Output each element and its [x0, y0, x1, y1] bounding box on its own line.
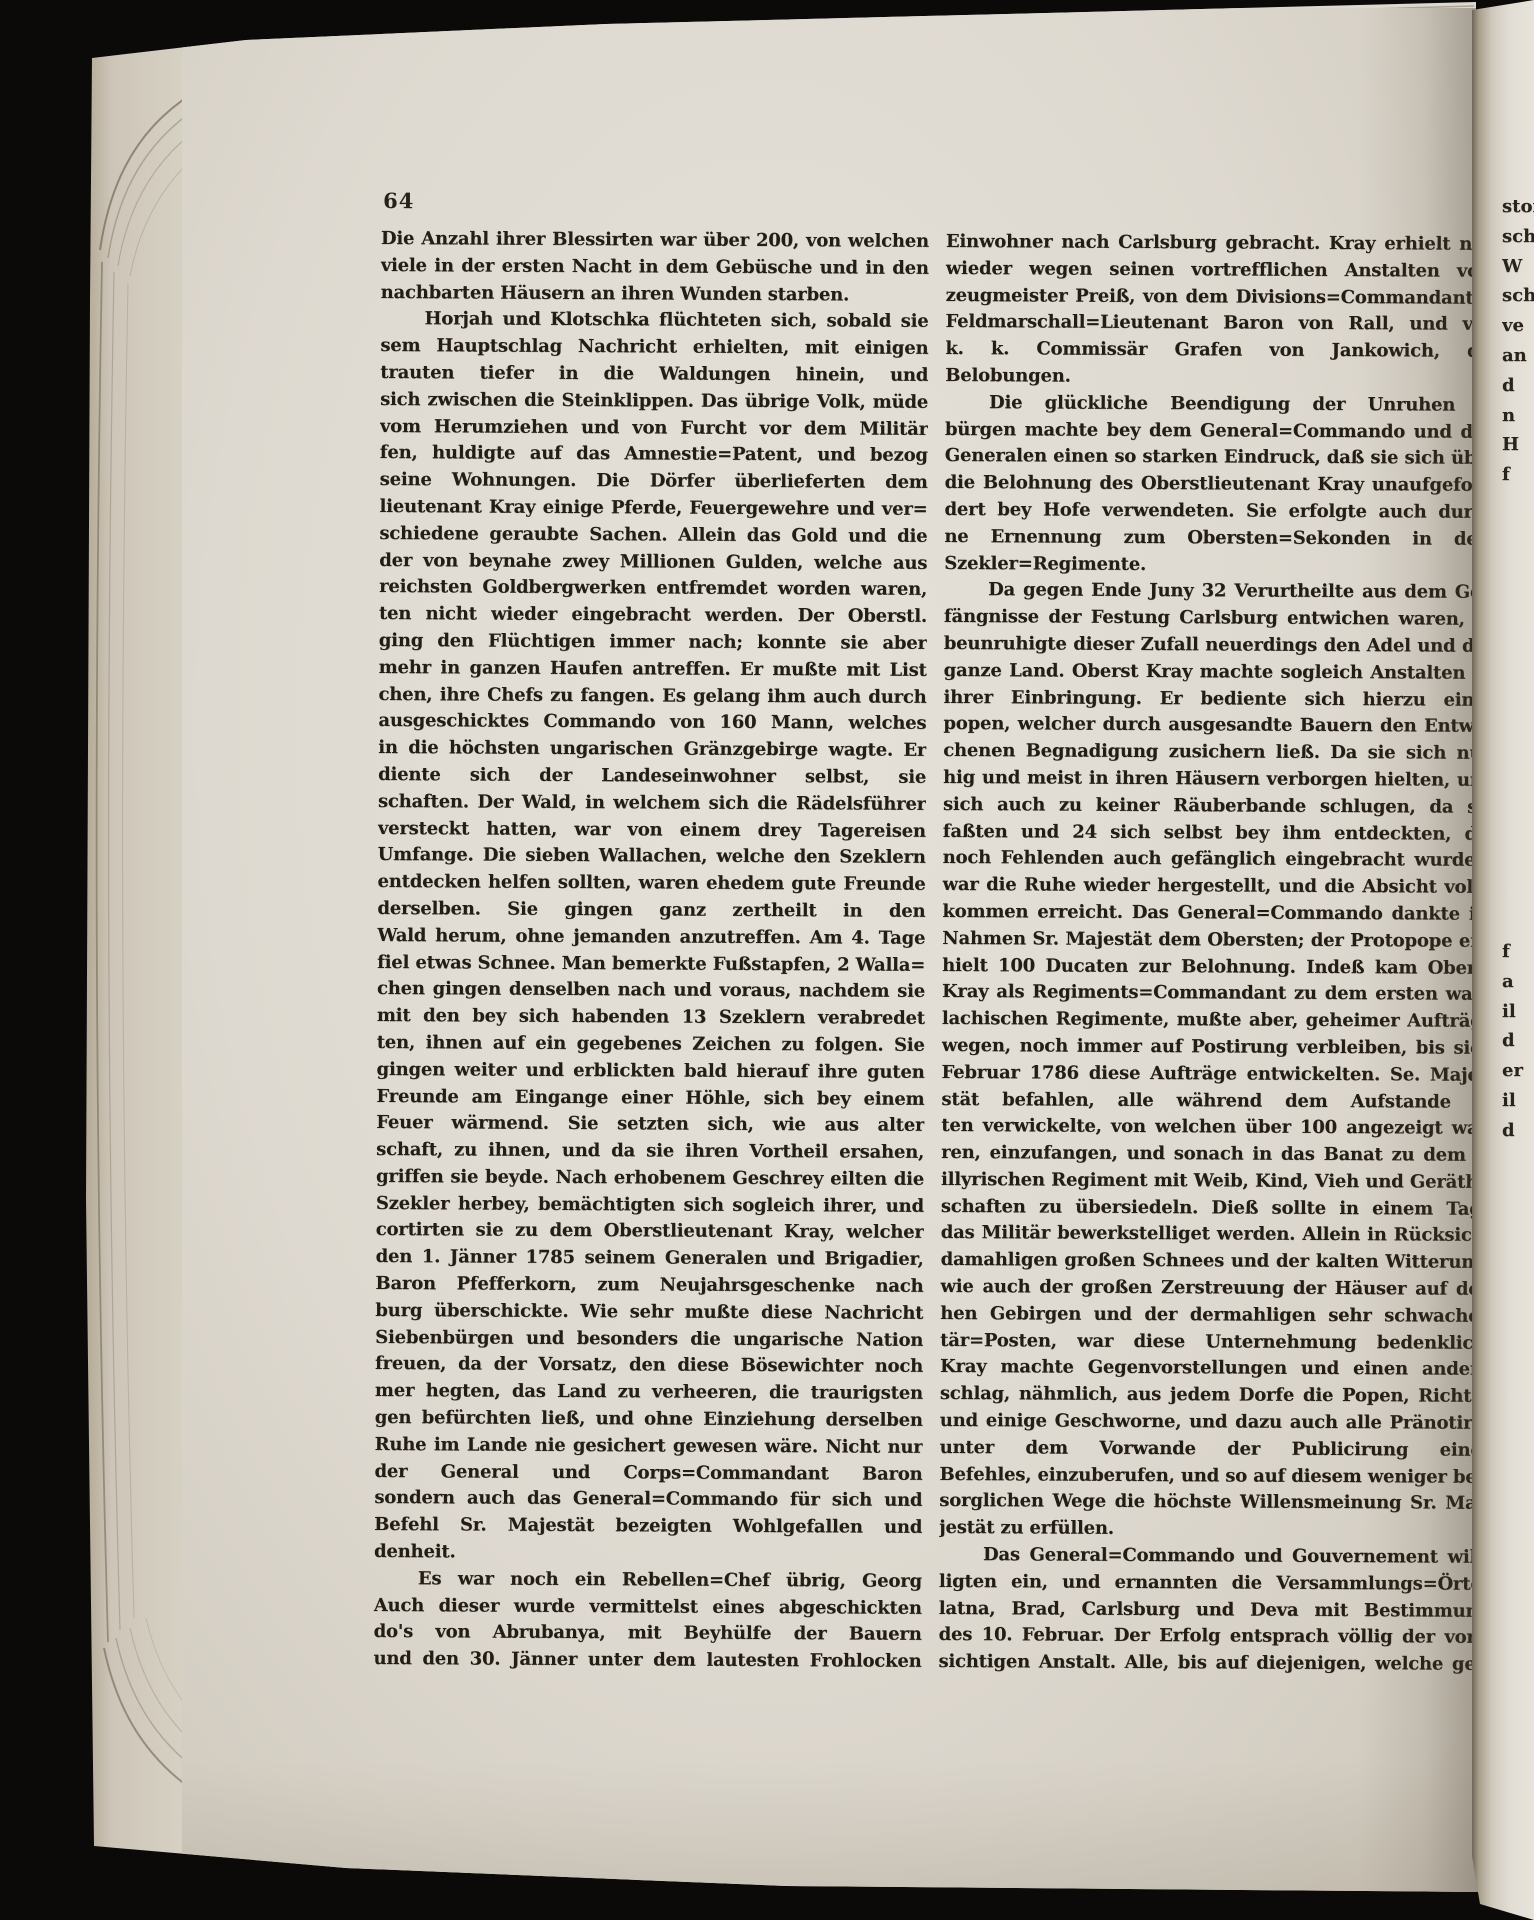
text-line: Szekler herbey, bemächtigten sich soglei…	[376, 1191, 924, 1221]
text-line: latna, Brad, Carlsburg und Deva mit Best…	[939, 1596, 1491, 1626]
text-fragment: d	[1502, 1026, 1534, 1056]
text-line: Szekler=Regimente.	[944, 551, 1496, 581]
text-line: dert bey Hofe verwendeten. Sie erfolgte …	[944, 497, 1496, 527]
text-line: wegen, noch immer auf Postirung verbleib…	[942, 1033, 1494, 1063]
text-fragment: ve	[1502, 311, 1534, 341]
text-line: chen, ihre Chefs zu fangen. Es gelang ih…	[378, 682, 926, 712]
text-line: ren, einzufangen, und sonach in das Bana…	[941, 1140, 1493, 1170]
text-line: popen, welcher durch ausgesandte Bauern …	[943, 711, 1495, 741]
text-line: schaft, zu ihnen, und da sie ihren Vorth…	[376, 1137, 924, 1167]
text-line: Kray als Regiments=Commandant zu dem ers…	[942, 979, 1494, 1009]
text-line: Auch dieser wurde vermittelst eines abge…	[374, 1593, 922, 1623]
text-line: fängnisse der Festung Carlsburg entwiche…	[944, 604, 1496, 634]
text-line: illyrischen Regiment mit Weib, Kind, Vie…	[941, 1167, 1493, 1197]
text-line: wieder wegen seinen vortrefflichen Ansta…	[946, 256, 1498, 286]
text-line: ligten ein, und ernannten die Versammlun…	[939, 1569, 1491, 1599]
text-line: fen, huldigte auf das Amnestie=Patent, u…	[380, 440, 928, 470]
text-line: sich zwischen die Steinklippen. Das übri…	[380, 387, 928, 417]
text-fragment: er	[1502, 1056, 1534, 1086]
text-column-left: Die Anzahl ihrer Blessirten war über 200…	[373, 226, 929, 1676]
text-line: reichsten Goldbergwerken entfremdet word…	[379, 574, 927, 604]
text-fragment: il	[1502, 1086, 1534, 1116]
text-fragment: d	[1502, 1116, 1534, 1146]
book-page: 64 Die Anzahl ihrer Blessirten war über …	[182, 8, 1478, 1900]
text-line: war die Ruhe wieder hergestellt, und die…	[942, 872, 1494, 902]
photo-backdrop: 64 Die Anzahl ihrer Blessirten war über …	[0, 0, 1534, 1920]
text-line: jestät zu erfüllen.	[939, 1515, 1491, 1545]
text-line: ten nicht wieder eingebracht werden. Der…	[379, 601, 927, 631]
text-fragment: stor	[1502, 192, 1534, 222]
text-line: sem Hauptschlag Nachricht erhielten, mit…	[380, 333, 928, 363]
text-line: in die höchsten ungarischen Gränzgebirge…	[378, 735, 926, 765]
text-line: Siebenbürgen und besonders die ungarisch…	[375, 1325, 923, 1355]
text-line: Ruhe im Lande nie gesichert gewesen wäre…	[375, 1432, 923, 1462]
text-line: wie auch der großen Zerstreuung der Häus…	[940, 1274, 1492, 1304]
text-line: gen befürchten ließ, und ohne Einziehung…	[375, 1405, 923, 1435]
text-line: hielt 100 Ducaten zur Belohnung. Indeß k…	[942, 952, 1494, 982]
text-line: schlag, nähmlich, aus jedem Dorfe die Po…	[940, 1381, 1492, 1411]
text-line: Horjah und Klotschka flüchteten sich, so…	[380, 306, 928, 336]
text-line: Feldmarschall=Lieutenant Baron von Rall,…	[945, 309, 1497, 339]
text-line: ging den Flüchtigen immer nach; konnte s…	[379, 628, 927, 658]
text-line: ausgeschicktes Commando von 160 Mann, we…	[378, 708, 926, 738]
text-line: noch Fehlenden auch gefänglich eingebrac…	[943, 845, 1495, 875]
text-line: Da gegen Ende Juny 32 Verurtheilte aus d…	[944, 577, 1496, 607]
text-line: beunruhigte dieser Zufall neuerdings den…	[944, 631, 1496, 661]
text-line: Umfange. Die sieben Wallachen, welche de…	[378, 842, 926, 872]
text-line: der General und Corps=Commandant Baron P…	[374, 1459, 922, 1489]
text-fragment: sch	[1502, 281, 1534, 311]
text-line: stät befahlen, alle während dem Aufstand…	[941, 1086, 1493, 1116]
text-line: Wald herum, ohne jemanden anzutreffen. A…	[377, 923, 925, 953]
text-fragment: sche	[1502, 222, 1534, 252]
text-line: viele in der ersten Nacht in dem Gebüsch…	[381, 253, 929, 283]
text-line: schiedene geraubte Sachen. Allein das Go…	[379, 521, 927, 551]
text-line: trauten tiefer in die Waldungen hinein, …	[380, 360, 928, 390]
text-line: seine Wohnungen. Die Dörfer überlieferte…	[380, 467, 928, 497]
text-line: Februar 1786 diese Aufträge entwickelten…	[942, 1060, 1494, 1090]
text-line: und einige Geschworne, und dazu auch all…	[940, 1408, 1492, 1438]
text-line: entdecken helfen sollten, waren ehedem g…	[377, 869, 925, 899]
text-line: nachbarten Häusern an ihren Wunden starb…	[381, 280, 929, 310]
text-line: Generalen einen so starken Eindruck, daß…	[945, 443, 1497, 473]
text-fragment: f	[1502, 460, 1534, 490]
text-line: hig und meist in ihren Häusern verborgen…	[943, 765, 1495, 795]
text-fragment: H	[1502, 430, 1534, 460]
text-line: griffen sie beyde. Nach erhobenem Geschr…	[376, 1164, 924, 1194]
text-line: den 1. Jänner 1785 seinem Generalen und …	[376, 1244, 924, 1274]
text-line: denheit.	[374, 1539, 922, 1569]
text-line: sondern auch das General=Commando für si…	[374, 1485, 922, 1515]
text-line: k. k. Commissär Grafen von Jankowich, di…	[945, 336, 1497, 366]
text-line: Freunde am Eingange einer Höhle, sich be…	[376, 1083, 924, 1113]
text-fragment: an	[1502, 341, 1534, 371]
text-fragment: il	[1502, 997, 1534, 1027]
text-line: schaften. Der Wald, in welchem sich die …	[378, 789, 926, 819]
text-line: ne Ernennung zum Obersten=Sekonden in de…	[944, 524, 1496, 554]
next-page-edge: storscheWschveandnHffailderild	[1472, 0, 1534, 1920]
text-line: zeugmeister Preiß, von dem Divisions=Com…	[946, 283, 1498, 313]
text-line: mer hegten, das Land zu verheeren, die t…	[375, 1378, 923, 1408]
text-line: gingen weiter und erblickten bald hierau…	[377, 1057, 925, 1087]
text-line: Die glückliche Beendigung der Unruhen in…	[945, 390, 1497, 420]
text-line: ten verwickelte, von welchen über 100 an…	[941, 1113, 1493, 1143]
text-line: do's von Abrubanya, mit Beyhülfe der Bau…	[374, 1619, 922, 1649]
text-line: sorglichen Wege die höchste Willensmeinu…	[939, 1488, 1491, 1518]
text-line: mit den bey sich habenden 13 Szeklern ve…	[377, 1003, 925, 1033]
text-line: tär=Posten, war diese Unternehmung beden…	[940, 1328, 1492, 1358]
text-fragment: d	[1502, 371, 1534, 401]
text-line: des 10. Februar. Der Erfolg entsprach vö…	[939, 1622, 1491, 1652]
text-line: chen gingen denselben nach und voraus, n…	[377, 976, 925, 1006]
text-line: bürgen machte bey dem General=Commando u…	[945, 417, 1497, 447]
text-line: fiel etwas Schnee. Man bemerkte Fußstapf…	[377, 950, 925, 980]
text-line: faßten und 24 sich selbst bey ihm entdec…	[943, 818, 1495, 848]
text-line: kommen erreicht. Das General=Commando da…	[942, 899, 1494, 929]
text-fragment: f	[1502, 937, 1534, 967]
page-text: 64 Die Anzahl ihrer Blessirten war über …	[373, 226, 1501, 1692]
text-line: lachischen Regimente, mußte aber, geheim…	[942, 1006, 1494, 1036]
text-fragment: n	[1502, 401, 1534, 431]
text-line: ten, ihnen auf ein gegebenes Zeichen zu …	[377, 1030, 925, 1060]
page-number: 64	[383, 188, 414, 213]
text-line: versteckt hatten, war von einem drey Tag…	[378, 816, 926, 846]
text-line: freuen, da der Vorsatz, den diese Bösewi…	[375, 1351, 923, 1381]
text-line: cortirten sie zu dem Oberstlieutenant Kr…	[376, 1217, 924, 1247]
text-line: und den 30. Jänner unter dem lautesten F…	[373, 1646, 921, 1676]
text-fragment: a	[1502, 967, 1534, 997]
text-line: Das General=Commando und Gouvernement wi…	[939, 1542, 1491, 1572]
text-line: das Militär bewerkstelliget werden. Alle…	[941, 1220, 1493, 1250]
text-line: schaften zu übersiedeln. Dieß sollte in …	[941, 1194, 1493, 1224]
text-line: burg überschickte. Wie sehr mußte diese …	[375, 1298, 923, 1328]
text-line: sich auch zu keiner Räuberbande schlugen…	[943, 792, 1495, 822]
text-line: derselben. Sie gingen ganz zertheilt in …	[377, 896, 925, 926]
text-line: Feuer wärmend. Sie setzten sich, wie aus…	[376, 1110, 924, 1140]
text-line: ganze Land. Oberst Kray machte sogleich …	[944, 658, 1496, 688]
text-line: Belobungen.	[945, 363, 1497, 393]
text-fragment: W	[1502, 252, 1534, 282]
text-line: diente sich der Landeseinwohner selbst, …	[378, 762, 926, 792]
text-line: Nahmen Sr. Majestät dem Obersten; der Pr…	[942, 926, 1494, 956]
text-line: unter dem Vorwande der Publicirung eines…	[940, 1435, 1492, 1465]
text-line: chenen Begnadigung zusichern ließ. Da si…	[943, 738, 1495, 768]
text-line: Kray machte Gegenvorstellungen und einen…	[940, 1354, 1492, 1384]
text-line: ihrer Einbringung. Er bediente sich hier…	[943, 684, 1495, 714]
text-line: hen Gebirgen und der dermahligen sehr sc…	[940, 1301, 1492, 1331]
book-page-stack: 64 Die Anzahl ihrer Blessirten war über …	[86, 0, 1478, 1912]
text-line: Die Anzahl ihrer Blessirten war über 200…	[381, 226, 929, 256]
text-line: Einwohner nach Carlsburg gebracht. Kray …	[946, 229, 1498, 259]
text-line: Befehl Sr. Majestät bezeigten Wohlgefall…	[374, 1512, 922, 1542]
text-line: vom Herumziehen und von Furcht vor dem M…	[380, 414, 928, 444]
text-line: lieutenant Kray einige Pferde, Feuergewe…	[379, 494, 927, 524]
text-line: der von beynahe zwey Millionen Gulden, w…	[379, 548, 927, 578]
text-line: mehr in ganzen Haufen antreffen. Er mußt…	[379, 655, 927, 685]
text-line: damahligen großen Schnees und der kalten…	[941, 1247, 1493, 1277]
text-line: die Belohnung des Oberstlieutenant Kray …	[945, 470, 1497, 500]
text-line: Baron Pfefferkorn, zum Neujahrsgeschenke…	[375, 1271, 923, 1301]
text-line: Befehles, einzuberufen, und so auf diese…	[939, 1462, 1491, 1492]
text-column-right: Einwohner nach Carlsburg gebracht. Kray …	[938, 229, 1498, 1679]
text-line: Es war noch ein Rebellen=Chef übrig, Geo…	[374, 1566, 922, 1596]
text-line: sichtigen Anstalt. Alle, bis auf diejeni…	[938, 1649, 1490, 1679]
